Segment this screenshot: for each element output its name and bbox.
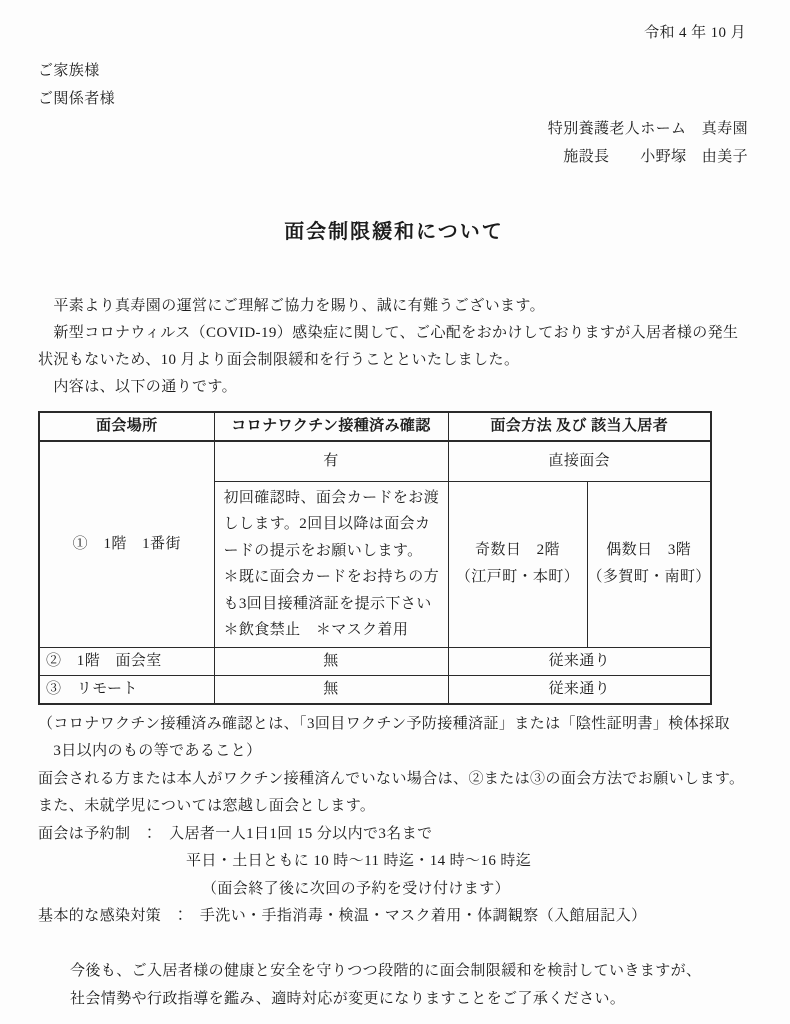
intro-paragraph: 平素より真寿園の運営にご理解ご協力を賜り、誠に有難うございます。 新型コロナウィ… [38, 293, 750, 401]
table-row-vaccinated: ① 1階 1番街 有 直接面会 [39, 441, 711, 481]
vaccine-detail-line-card: 初回確認時、面会カードをお渡しします。2回目以降は面会カードの提示をお願いします… [224, 485, 440, 565]
recipient-related-parties: ご関係者様 [38, 85, 750, 113]
cell-remote-method: 従来通り [448, 675, 711, 704]
document-title: 面会制限緩和について [38, 217, 750, 247]
intro-line-greeting: 平素より真寿園の運営にご理解ご協力を賜り、誠に有難うございます。 [38, 293, 750, 320]
intro-line-contents: 内容は、以下の通りです。 [38, 374, 750, 401]
cell-meeting-room-vaccine: 無 [214, 647, 448, 675]
table-header-row: 面会場所 コロナワクチン接種済み確認 面会方法 及び 該当入居者 [39, 412, 711, 441]
even-days-area: （多賀町・南町） [588, 564, 711, 591]
vaccine-detail-line-rules: ＊飲食禁止 ＊マスク着用 [224, 617, 440, 644]
closing-line-1: 今後も、ご入居者様の健康と安全を守りつつ段階的に面会制限緩和を検討していきますが… [70, 957, 750, 985]
recipient-family: ご家族様 [38, 57, 750, 85]
sender-organization: 特別養護老人ホーム 真寿園 [38, 115, 748, 143]
odd-days-area: （江戸町・本町） [449, 564, 587, 591]
column-header-vaccine-check: コロナワクチン接種済み確認 [214, 412, 448, 441]
sender-block: 特別養護老人ホーム 真寿園 施設長 小野塚 由美子 [38, 115, 750, 171]
vaccine-note-line-1: （コロナワクチン接種済み確認とは、「3回目ワクチン予防接種済証」または「陰性証明… [38, 711, 750, 739]
note-preschool: また、未就学児については窓越し面会とします。 [38, 793, 750, 821]
intro-line-covid-1: 新型コロナウィルス（COVID-19）感染症に関して、ご心配をおかけしております… [38, 320, 750, 347]
table-row-remote: ③ リモート 無 従来通り [39, 675, 711, 704]
intro-line-covid-2: 状況もないため、10 月より面会制限緩和を行うことといたしました。 [38, 347, 750, 374]
odd-days-floor: 奇数日 2階 [449, 537, 587, 564]
cell-place-remote: ③ リモート [39, 675, 214, 704]
cell-meeting-room-method: 従来通り [448, 647, 711, 675]
cell-vaccine-card-detail: 初回確認時、面会カードをお渡しします。2回目以降は面会カードの提示をお願いします… [214, 481, 448, 647]
hygiene-measures: 基本的な感染対策 ： 手洗い・手指消毒・検温・マスク着用・体調観察（入館届記入） [38, 903, 750, 931]
document-date: 令和 4 年 10 月 [38, 20, 750, 47]
cell-odd-days: 奇数日 2階 （江戸町・本町） [448, 481, 587, 647]
recipient-block: ご家族様 ご関係者様 [38, 57, 750, 113]
reservation-rule: 面会は予約制 ： 入居者一人1日1回 15 分以内で3名まで [38, 821, 750, 849]
closing-paragraph: 今後も、ご入居者様の健康と安全を守りつつ段階的に面会制限緩和を検討していきますが… [38, 957, 750, 1013]
reservation-next-booking: （面会終了後に次回の予約を受け付けます） [38, 876, 750, 904]
cell-place-first-street: ① 1階 1番街 [39, 441, 214, 647]
column-header-method: 面会方法 及び 該当入居者 [448, 412, 711, 441]
visitation-table: 面会場所 コロナワクチン接種済み確認 面会方法 及び 該当入居者 ① 1階 1番… [38, 411, 712, 705]
cell-direct-visit: 直接面会 [448, 441, 711, 481]
reservation-hours: 平日・土日ともに 10 時～11 時迄・14 時～16 時迄 [38, 848, 750, 876]
vaccine-note-line-2: 3日以内のもの等であること） [38, 738, 750, 766]
cell-even-days: 偶数日 3階 （多賀町・南町） [587, 481, 711, 647]
closing-line-2: 社会情勢や行政指導を鑑み、適時対応が変更になりますことをご了承ください。 [70, 985, 750, 1013]
even-days-floor: 偶数日 3階 [588, 537, 711, 564]
cell-place-meeting-room: ② 1階 面会室 [39, 647, 214, 675]
vaccine-detail-line-third-dose: ＊既に面会カードをお持ちの方も3回目接種済証を提示下さい [224, 564, 440, 617]
sender-director-name: 施設長 小野塚 由美子 [38, 143, 748, 171]
cell-vaccinated-yes: 有 [214, 441, 448, 481]
cell-remote-vaccine: 無 [214, 675, 448, 704]
notes-block: （コロナワクチン接種済み確認とは、「3回目ワクチン予防接種済証」または「陰性証明… [38, 711, 750, 931]
column-header-place: 面会場所 [39, 412, 214, 441]
document-page: 令和 4 年 10 月 ご家族様 ご関係者様 特別養護老人ホーム 真寿園 施設長… [0, 0, 790, 1024]
table-row-meeting-room: ② 1階 面会室 無 従来通り [39, 647, 711, 675]
note-unvaccinated: 面会される方または本人がワクチン接種済んでいない場合は、②または③の面会方法でお… [38, 766, 750, 794]
